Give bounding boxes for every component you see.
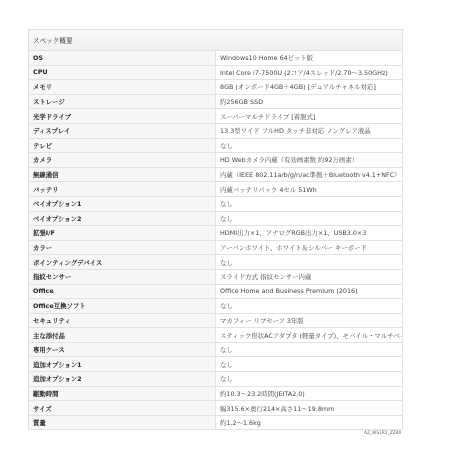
spec-label: ベイオプション1 bbox=[29, 196, 216, 211]
spec-label: テレビ bbox=[29, 138, 216, 153]
spec-value: HD Webカメラ内蔵（有効画素数 約92万画素） bbox=[216, 153, 403, 168]
spec-label: ベイオプション2 bbox=[29, 211, 216, 226]
spec-row: 追加オプション1なし bbox=[29, 357, 403, 372]
spec-row: ベイオプション2なし bbox=[29, 211, 403, 226]
spec-row: 専用ケースなし bbox=[29, 342, 403, 357]
spec-label: 主な添付品 bbox=[29, 328, 216, 343]
spec-row: カラーアーバンホワイト、ホワイト＆シルバー キーボード bbox=[29, 240, 403, 255]
spec-value: マカフィー リブセーフ 3年版 bbox=[216, 313, 403, 328]
spec-row: ストレージ約256GB SSD bbox=[29, 94, 403, 109]
spec-value: 約256GB SSD bbox=[216, 94, 403, 109]
spec-label: OS bbox=[29, 51, 216, 66]
spec-row: ディスプレイ13.3型ワイド フルHD タッチ非対応 ノングレア液晶 bbox=[29, 123, 403, 138]
spec-label: Office互換ソフト bbox=[29, 299, 216, 314]
spec-row: テレビなし bbox=[29, 138, 403, 153]
spec-row: ベイオプション1なし bbox=[29, 196, 403, 211]
spec-label: 駆動時間 bbox=[29, 386, 216, 401]
spec-label: メモリ bbox=[29, 80, 216, 95]
spec-label: 指紋センサー bbox=[29, 269, 216, 284]
spec-row: 主な添付品スティック形状ACアダプタ (軽量タイプ)、モバイル・マルチベイ用カバ… bbox=[29, 328, 403, 343]
spec-row: Office互換ソフトなし bbox=[29, 299, 403, 314]
spec-label: セキュリティ bbox=[29, 313, 216, 328]
spec-value: なし bbox=[216, 299, 403, 314]
spec-row: 追加オプション2なし bbox=[29, 372, 403, 387]
spec-value: スーパーマルチドライブ [着脱式] bbox=[216, 109, 403, 124]
spec-row: 光学ドライブスーパーマルチドライブ [着脱式] bbox=[29, 109, 403, 124]
spec-value: 幅315.6×奥行214×高さ11〜19.8mm bbox=[216, 401, 403, 416]
spec-value: なし bbox=[216, 372, 403, 387]
spec-value: Intel Core i7-7500U (2コア/4スレッド/2.70〜3.50… bbox=[216, 65, 403, 80]
spec-label: カメラ bbox=[29, 153, 216, 168]
spec-value: なし bbox=[216, 138, 403, 153]
spec-label: 光学ドライブ bbox=[29, 109, 216, 124]
spec-row: OfficeOffice Home and Business Premium (… bbox=[29, 284, 403, 299]
spec-label: 専用ケース bbox=[29, 342, 216, 357]
spec-label: 無線通信 bbox=[29, 167, 216, 182]
spec-row: OSWindows10 Home 64ビット版 bbox=[29, 51, 403, 66]
spec-value: なし bbox=[216, 357, 403, 372]
spec-value: スライド方式 指紋センサー内蔵 bbox=[216, 269, 403, 284]
spec-row: カメラHD Webカメラ内蔵（有効画素数 約92万画素） bbox=[29, 153, 403, 168]
spec-label: CPU bbox=[29, 65, 216, 80]
spec-table: スペック概要 OSWindows10 Home 64ビット版CPUIntel C… bbox=[28, 29, 403, 430]
spec-row: 指紋センサースライド方式 指紋センサー内蔵 bbox=[29, 269, 403, 284]
spec-row: 駆動時間約10.3〜23.2時間(JEITA2.0) bbox=[29, 386, 403, 401]
spec-label: ポインティングデバイス bbox=[29, 255, 216, 270]
spec-label: カラー bbox=[29, 240, 216, 255]
spec-table-body: OSWindows10 Home 64ビット版CPUIntel Core i7-… bbox=[29, 51, 403, 430]
spec-label: Office bbox=[29, 284, 216, 299]
spec-value: なし bbox=[216, 342, 403, 357]
spec-value: なし bbox=[216, 211, 403, 226]
spec-value: アーバンホワイト、ホワイト＆シルバー キーボード bbox=[216, 240, 403, 255]
spec-label: ストレージ bbox=[29, 94, 216, 109]
spec-value: 13.3型ワイド フルHD タッチ非対応 ノングレア液晶 bbox=[216, 123, 403, 138]
spec-label: 追加オプション2 bbox=[29, 372, 216, 387]
spec-value: 内蔵（IEEE 802.11a/b/g/n/ac準拠＋Bluetooth v4.… bbox=[216, 167, 403, 182]
spec-label: 追加オプション1 bbox=[29, 357, 216, 372]
spec-value: 8GB (オンボード4GB＋4GB) [デュアルチャネル対応] bbox=[216, 80, 403, 95]
spec-label: ディスプレイ bbox=[29, 123, 216, 138]
spec-value: Office Home and Business Premium (2016) bbox=[216, 284, 403, 299]
spec-label: バッテリ bbox=[29, 182, 216, 197]
spec-row: メモリ8GB (オンボード4GB＋4GB) [デュアルチャネル対応] bbox=[29, 80, 403, 95]
spec-value: 内蔵バッテリパック 4セル 51Wh bbox=[216, 182, 403, 197]
spec-table-title: スペック概要 bbox=[29, 30, 403, 51]
spec-value: なし bbox=[216, 255, 403, 270]
spec-label: サイズ bbox=[29, 401, 216, 416]
spec-row: CPUIntel Core i7-7500U (2コア/4スレッド/2.70〜3… bbox=[29, 65, 403, 80]
spec-row: 質量約1.2〜1.6kg bbox=[29, 415, 403, 430]
spec-label: 質量 bbox=[29, 415, 216, 430]
spec-value: Windows10 Home 64ビット版 bbox=[216, 51, 403, 66]
spec-value: なし bbox=[216, 196, 403, 211]
spec-row: セキュリティマカフィー リブセーフ 3年版 bbox=[29, 313, 403, 328]
spec-row: サイズ幅315.6×奥行214×高さ11〜19.8mm bbox=[29, 401, 403, 416]
spec-value: スティック形状ACアダプタ (軽量タイプ)、モバイル・マルチベイ用カバー bbox=[216, 328, 403, 343]
spec-label: 拡張I/F bbox=[29, 226, 216, 241]
spec-row: 無線通信内蔵（IEEE 802.11a/b/g/n/ac準拠＋Bluetooth… bbox=[29, 167, 403, 182]
spec-header-row: スペック概要 bbox=[29, 30, 403, 51]
spec-value: 約1.2〜1.6kg bbox=[216, 415, 403, 430]
spec-value: HDMI出力×1、アナログRGB出力×1、USB3.0×3 bbox=[216, 226, 403, 241]
spec-row: バッテリ内蔵バッテリパック 4セル 51Wh bbox=[29, 182, 403, 197]
spec-row: 拡張I/FHDMI出力×1、アナログRGB出力×1、USB3.0×3 bbox=[29, 226, 403, 241]
spec-row: ポインティングデバイスなし bbox=[29, 255, 403, 270]
spec-value: 約10.3〜23.2時間(JEITA2.0) bbox=[216, 386, 403, 401]
product-code: AZ_WS1R1_ZZ40 bbox=[364, 430, 401, 435]
